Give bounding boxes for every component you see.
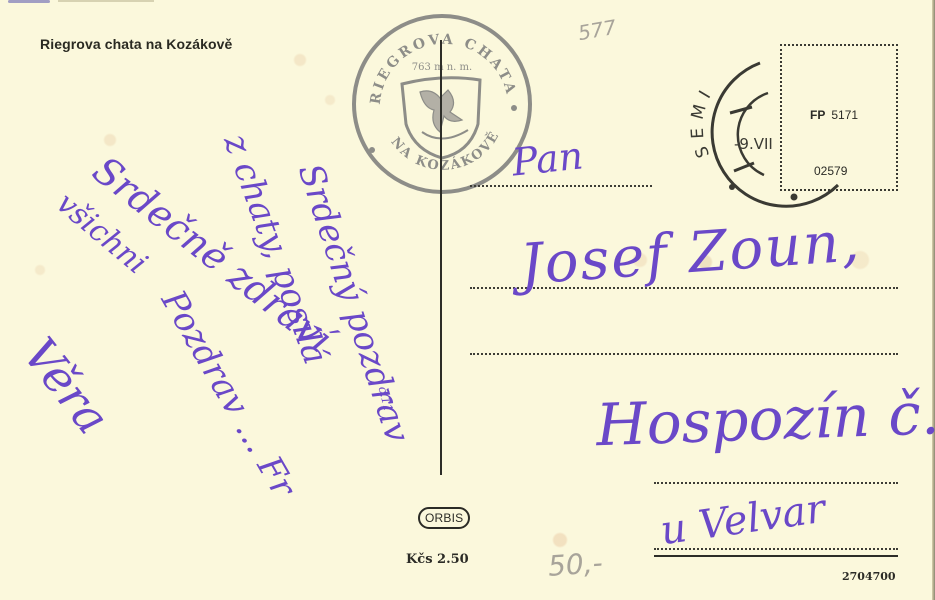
cachet-bottom-text: NA KOZÁKOVĚ bbox=[387, 128, 503, 174]
postmark-date: -9.VII bbox=[734, 135, 773, 153]
ink-blot bbox=[8, 0, 50, 3]
svg-text:NA KOZÁKOVĚ: NA KOZÁKOVĚ bbox=[387, 128, 503, 174]
address-underline bbox=[654, 555, 898, 557]
publisher-logo: ORBIS bbox=[418, 507, 470, 529]
price-label: Kčs 2.50 bbox=[406, 552, 469, 567]
hut-cachet-stamp: RIEGROVA CHATA NA KOZÁKOVĚ 763 m n. m. bbox=[350, 12, 534, 196]
address-line-1 bbox=[470, 185, 652, 187]
address-street: Hospozín č. 118 bbox=[595, 380, 935, 454]
serial-number: 2704700 bbox=[842, 570, 896, 583]
center-divider bbox=[440, 40, 442, 475]
postcard-title: Riegrova chata na Kozákově bbox=[40, 36, 232, 52]
postcard-back: Riegrova chata na Kozákově RIEGROVA CHAT… bbox=[0, 0, 935, 600]
pencil-note-price: 50,- bbox=[547, 546, 604, 583]
cachet-altitude: 763 m n. m. bbox=[412, 62, 472, 73]
address-salutation: Pan bbox=[510, 136, 585, 181]
address-line-4 bbox=[654, 482, 898, 484]
pencil-note-top: 577 bbox=[576, 15, 618, 45]
address-name: Josef Zoun, bbox=[518, 214, 862, 294]
message-signature: Věra bbox=[16, 330, 117, 442]
address-line-3 bbox=[470, 353, 898, 355]
stamp-box: FP5171 02579 bbox=[780, 44, 898, 191]
address-post: u Velvar bbox=[658, 489, 828, 552]
cropped-text-fragment bbox=[58, 0, 154, 2]
stamp-number: 02579 bbox=[814, 164, 847, 178]
stamp-fp-code: FP5171 bbox=[810, 108, 858, 122]
